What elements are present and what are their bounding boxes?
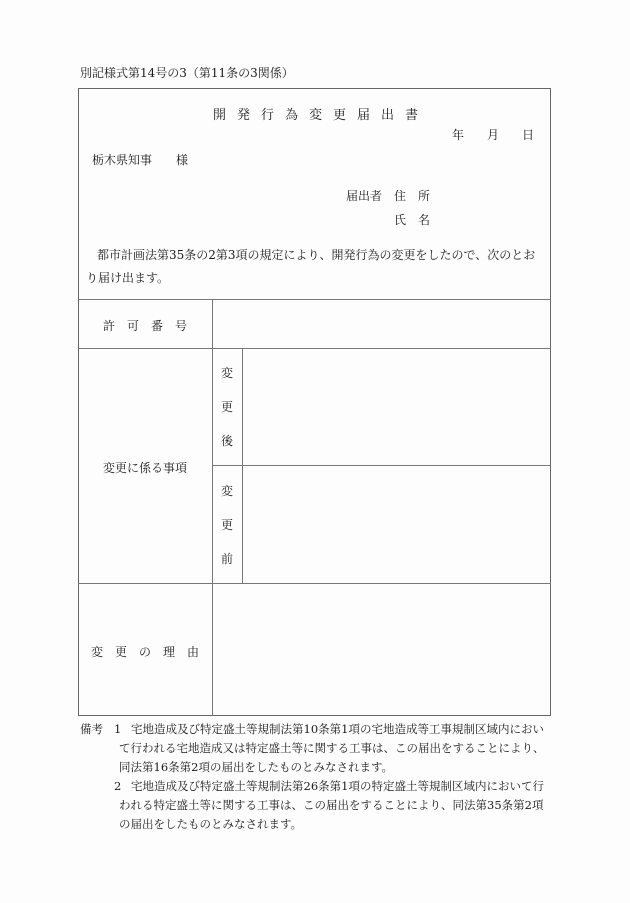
divider-sublabel-column (242, 348, 243, 583)
divider-reason-top (78, 583, 551, 584)
date-month-label: 月 (487, 126, 499, 143)
after-label-char: 後 (212, 424, 242, 458)
reason-label: 変 更 の 理 由 (78, 643, 212, 660)
note-line: われる特定盛土等に関する工事は、この届出をすることにより、同法第35条第2項 (119, 796, 543, 815)
before-label-char: 前 (212, 542, 242, 576)
notes-heading: 備考 (80, 720, 103, 739)
after-label-char: 変 (212, 356, 242, 390)
note-number: 1 (114, 720, 121, 739)
note-number: 2 (114, 777, 121, 796)
note-line: の届出をしたものとみなされます。 (119, 815, 302, 834)
permit-number-field[interactable] (214, 300, 550, 347)
after-label: 変 更 後 (212, 356, 242, 458)
before-label: 変 更 前 (212, 474, 242, 576)
applicant-address-label: 住 所 (394, 187, 430, 204)
note-line: 宅地造成及び特定盛土等規制法第26条第1項の特定盛土等規制区域内において行 (131, 777, 544, 796)
applicant-name-label: 氏 名 (394, 211, 430, 228)
note-line: 同法第16条第2項の届出をしたものとみなされます。 (119, 758, 393, 777)
date-day-label: 日 (522, 126, 534, 143)
note-line: て行われる宅地造成又は特定盛土等に関する工事は、この届出をすることにより、 (119, 739, 545, 758)
reason-field[interactable] (214, 585, 550, 715)
before-field[interactable] (244, 467, 550, 582)
addressee-name: 栃木県知事 (92, 151, 152, 168)
addressee-honorific: 様 (176, 151, 188, 168)
permit-number-label: 許 可 番 号 (78, 317, 212, 334)
form-title: 開発行為変更届出書 (0, 104, 630, 123)
after-field[interactable] (244, 349, 550, 464)
change-items-label: 変更に係る事項 (78, 459, 212, 476)
after-label-char: 更 (212, 390, 242, 424)
statement-text: 都市計画法第35条の2第3項の規定により、開発行為の変更をしたので、次のとおり届… (86, 244, 546, 290)
note-line: 宅地造成及び特定盛土等規制法第10条第1項の宅地造成等工事規制区域内におい (131, 720, 544, 739)
form-reference: 別記様式第14号の3（第11条の3関係） (80, 64, 294, 81)
applicant-role-label: 届出者 (346, 187, 382, 204)
divider-after-before (212, 465, 551, 466)
before-label-char: 更 (212, 508, 242, 542)
before-label-char: 変 (212, 474, 242, 508)
date-year-label: 年 (452, 126, 464, 143)
